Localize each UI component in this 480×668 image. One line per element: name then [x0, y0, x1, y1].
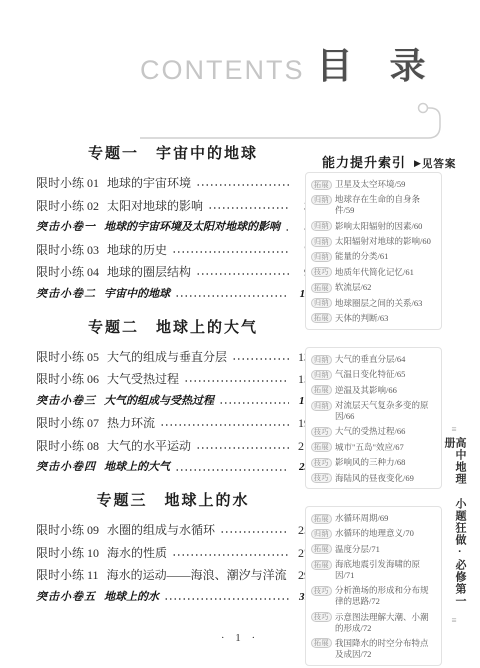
dot-leader	[160, 423, 289, 427]
entry-title: 太阳对地球的影响	[107, 200, 203, 212]
dot-leader	[164, 597, 289, 601]
index-item: 技巧 海陆风的昼夜变化/69	[311, 473, 436, 484]
index-item: 技巧 地质年代简化记忆/61	[311, 267, 436, 278]
entry-label: 限时小练 03	[36, 244, 99, 256]
item-text: 能量的分类/61	[335, 251, 436, 262]
section-entries: 限时小练 01 地球的宇宙环境 1 限时小练 02 太阳对地球的影响 3 突击小…	[36, 177, 310, 300]
toc-entry: 突击小卷五 地球上的水 31	[36, 592, 310, 603]
dot-leader	[196, 272, 289, 276]
dot-leader	[196, 446, 289, 450]
contents-english-label: CONTENTS	[140, 57, 305, 84]
spine-bars-bottom-icon: ≡	[451, 616, 456, 625]
index-item: 技巧 示意图法理解大潮、小潮的形成/72	[311, 612, 436, 634]
item-tag-badge: 拓展	[311, 544, 332, 554]
index-item: 归纳 气温日变化特征/65	[311, 369, 436, 380]
index-item: 归纳 地球存在生命的自身条件/59	[311, 194, 436, 216]
entry-title: 大气受热过程	[107, 373, 179, 385]
item-tag-badge: 归纳	[311, 195, 332, 205]
toc-entry: 突击小卷四 地球上的大气 23	[36, 462, 310, 473]
toc-entry: 限时小练 11 海水的运动——海浪、潮汐与洋流 29	[36, 569, 310, 581]
entry-label: 突击小卷四	[36, 462, 96, 473]
dot-leader	[172, 250, 289, 254]
entry-title: 地球的宇宙环境	[107, 177, 191, 189]
entry-title: 海水的运动——海浪、潮汐与洋流	[107, 569, 287, 581]
table-of-contents: 专题一 宇宙中的地球 限时小练 01 地球的宇宙环境 1 限时小练 02 太阳对…	[36, 142, 310, 613]
index-item: 归纳 地球圈层之间的关系/63	[311, 298, 436, 309]
item-text: 海陆风的昼夜变化/69	[335, 473, 436, 484]
item-tag-badge: 拓展	[311, 313, 332, 323]
entry-label: 限时小练 01	[36, 177, 99, 189]
dot-leader	[172, 553, 289, 557]
toc-entry: 限时小练 04 地球的圈层结构 9	[36, 266, 310, 278]
dot-leader	[196, 183, 289, 187]
ability-index-group-2: 归纳 大气的垂直分层/64 归纳 气温日变化特征/65 拓展 逆温及其影响/66…	[305, 347, 442, 489]
toc-section: 专题三 地球上的水 限时小练 09 水圈的组成与水循环 25 限时小练 10 海…	[36, 489, 310, 603]
item-tag-badge: 归纳	[311, 355, 332, 365]
item-text: 水循环的地理意义/70	[335, 528, 436, 539]
item-tag-badge: 拓展	[311, 283, 332, 293]
dot-leader	[175, 294, 289, 298]
index-item: 拓展 温度分层/71	[311, 544, 436, 555]
ornament-circle-icon	[419, 104, 428, 113]
triangle-icon: ▶	[414, 158, 422, 168]
entry-title: 水圈的组成与水循环	[107, 524, 215, 536]
dot-leader	[232, 357, 289, 361]
dot-leader	[208, 206, 289, 210]
item-text: 分析渔场的形成和分布规律的思路/72	[335, 585, 436, 607]
item-tag-badge: 归纳	[311, 529, 332, 539]
item-tag-badge: 拓展	[311, 514, 332, 524]
toc-entry: 突击小卷二 宇宙中的地球 11	[36, 289, 310, 300]
index-item: 归纳 能量的分类/61	[311, 251, 436, 262]
item-text: 地质年代简化记忆/61	[335, 267, 436, 278]
book-spine-label: ≡ 高中地理 小题狂做·必修第一册 ≡	[443, 425, 465, 625]
item-tag-badge: 拓展	[311, 560, 332, 570]
book-title-vertical: 高中地理 小题狂做·必修第一册	[443, 437, 465, 613]
item-tag-badge: 归纳	[311, 252, 332, 262]
item-text: 城市"五岛"效应/67	[335, 442, 436, 453]
item-text: 太阳辐射对地球的影响/60	[335, 236, 436, 247]
item-tag-badge: 技巧	[311, 458, 332, 468]
item-text: 对流层天气复杂多变的原因/66	[335, 400, 436, 422]
item-text: 温度分层/71	[335, 544, 436, 555]
entry-label: 限时小练 06	[36, 373, 99, 385]
ability-index-title-text: 能力提升索引	[322, 155, 406, 170]
index-item: 拓展 软流层/62	[311, 282, 436, 293]
index-item: 归纳 影响太阳辐射的因素/60	[311, 221, 436, 232]
section-heading: 专题三 地球上的水	[36, 489, 310, 510]
entry-label: 限时小练 11	[36, 569, 99, 581]
entry-label: 限时小练 08	[36, 440, 99, 452]
item-tag-badge: 归纳	[311, 237, 332, 247]
entry-label: 限时小练 10	[36, 547, 99, 559]
entry-title: 大气的组成与受热过程	[104, 396, 214, 407]
ability-index-title: 能力提升索引▶见答案	[322, 152, 452, 171]
item-tag-badge: 技巧	[311, 427, 332, 437]
entry-label: 限时小练 07	[36, 417, 99, 429]
item-tag-badge: 拓展	[311, 180, 332, 190]
index-item: 归纳 水循环的地理意义/70	[311, 528, 436, 539]
toc-entry: 限时小练 02 太阳对地球的影响 3	[36, 200, 310, 212]
entry-title: 大气的组成与垂直分层	[107, 351, 227, 363]
item-text: 地球圈层之间的关系/63	[335, 298, 436, 309]
index-item: 归纳 太阳辐射对地球的影响/60	[311, 236, 436, 247]
index-item: 拓展 卫星及太空环境/59	[311, 179, 436, 190]
item-text: 海底地震引发海啸的原因/71	[335, 559, 436, 581]
dot-leader	[175, 468, 289, 472]
entry-label: 限时小练 05	[36, 351, 99, 363]
entry-title: 海水的性质	[107, 547, 167, 559]
index-item: 拓展 天体的判断/63	[311, 313, 436, 324]
entry-title: 地球的圈层结构	[107, 266, 191, 278]
entry-title: 地球上的水	[104, 592, 159, 603]
item-text: 地球存在生命的自身条件/59	[335, 194, 436, 216]
index-item: 归纳 大气的垂直分层/64	[311, 354, 436, 365]
entry-title: 地球的宇宙环境及太阳对地球的影响	[104, 222, 280, 233]
item-tag-badge: 归纳	[311, 221, 332, 231]
dot-leader	[220, 530, 289, 534]
item-tag-badge: 技巧	[311, 612, 332, 622]
toc-entry: 突击小卷一 地球的宇宙环境及太阳对地球的影响 5	[36, 222, 310, 233]
item-text: 影响风的三种力/68	[335, 457, 436, 468]
section-entries: 限时小练 05 大气的组成与垂直分层 13 限时小练 06 大气受热过程 15 …	[36, 351, 310, 474]
section-heading: 专题二 地球上的大气	[36, 316, 310, 337]
entry-label: 限时小练 04	[36, 266, 99, 278]
entry-label: 突击小卷一	[36, 222, 96, 233]
page-header: CONTENTS 目 录	[140, 48, 450, 106]
item-text: 水循环周期/69	[335, 513, 436, 524]
index-item: 拓展 逆温及其影响/66	[311, 385, 436, 396]
entry-title: 大气的水平运动	[107, 440, 191, 452]
toc-entry: 限时小练 10 海水的性质 27	[36, 547, 310, 559]
index-item: 拓展 城市"五岛"效应/67	[311, 442, 436, 453]
item-tag-badge: 拓展	[311, 442, 332, 452]
item-tag-badge: 归纳	[311, 298, 332, 308]
item-text: 天体的判断/63	[335, 313, 436, 324]
entry-label: 限时小练 09	[36, 524, 99, 536]
item-tag-badge: 归纳	[311, 401, 332, 411]
page-number-footer: · 1 ·	[0, 632, 480, 644]
entry-title: 热力环流	[107, 417, 155, 429]
item-tag-badge: 拓展	[311, 385, 332, 395]
toc-entry: 限时小练 05 大气的组成与垂直分层 13	[36, 351, 310, 363]
entry-label: 突击小卷二	[36, 289, 96, 300]
ability-index-group-1: 拓展 卫星及太空环境/59 归纳 地球存在生命的自身条件/59 归纳 影响太阳辐…	[305, 172, 442, 330]
dot-leader	[219, 401, 289, 405]
toc-entry: 限时小练 03 地球的历史 7	[36, 244, 310, 256]
item-tag-badge: 技巧	[311, 473, 332, 483]
index-item: 技巧 影响风的三种力/68	[311, 457, 436, 468]
contents-chinese-title: 目 录	[317, 48, 440, 84]
entry-label: 突击小卷三	[36, 396, 96, 407]
item-tag-badge: 技巧	[311, 586, 332, 596]
item-text: 大气的受热过程/66	[335, 426, 436, 437]
item-text: 气温日变化特征/65	[335, 369, 436, 380]
item-text: 大气的垂直分层/64	[335, 354, 436, 365]
toc-entry: 限时小练 01 地球的宇宙环境 1	[36, 177, 310, 189]
index-item: 技巧 大气的受热过程/66	[311, 426, 436, 437]
item-text: 卫星及太空环境/59	[335, 179, 436, 190]
item-text: 影响太阳辐射的因素/60	[335, 221, 436, 232]
toc-entry: 限时小练 08 大气的水平运动 21	[36, 440, 310, 452]
toc-section: 专题二 地球上的大气 限时小练 05 大气的组成与垂直分层 13 限时小练 06…	[36, 316, 310, 474]
entry-label: 突击小卷五	[36, 592, 96, 603]
section-entries: 限时小练 09 水圈的组成与水循环 25 限时小练 10 海水的性质 27 限时…	[36, 524, 310, 603]
dot-leader	[184, 379, 289, 383]
index-item: 拓展 海底地震引发海啸的原因/71	[311, 559, 436, 581]
entry-title: 地球上的大气	[104, 462, 170, 473]
entry-title: 宇宙中的地球	[104, 289, 170, 300]
item-text: 示意图法理解大潮、小潮的形成/72	[335, 612, 436, 634]
item-tag-badge: 归纳	[311, 370, 332, 380]
dot-leader	[285, 228, 289, 232]
see-answers-label: ▶见答案	[414, 159, 456, 170]
index-item: 归纳 对流层天气复杂多变的原因/66	[311, 400, 436, 422]
section-heading: 专题一 宇宙中的地球	[36, 142, 310, 163]
toc-section: 专题一 宇宙中的地球 限时小练 01 地球的宇宙环境 1 限时小练 02 太阳对…	[36, 142, 310, 300]
spine-bars-top-icon: ≡	[451, 425, 456, 434]
index-item: 拓展 水循环周期/69	[311, 513, 436, 524]
item-text: 软流层/62	[335, 282, 436, 293]
entry-title: 地球的历史	[107, 244, 167, 256]
toc-entry: 突击小卷三 大气的组成与受热过程 17	[36, 396, 310, 407]
item-text: 逆温及其影响/66	[335, 385, 436, 396]
toc-entry: 限时小练 09 水圈的组成与水循环 25	[36, 524, 310, 536]
index-item: 技巧 分析渔场的形成和分布规律的思路/72	[311, 585, 436, 607]
item-tag-badge: 技巧	[311, 267, 332, 277]
toc-entry: 限时小练 06 大气受热过程 15	[36, 373, 310, 385]
entry-label: 限时小练 02	[36, 200, 99, 212]
toc-entry: 限时小练 07 热力环流 19	[36, 417, 310, 429]
